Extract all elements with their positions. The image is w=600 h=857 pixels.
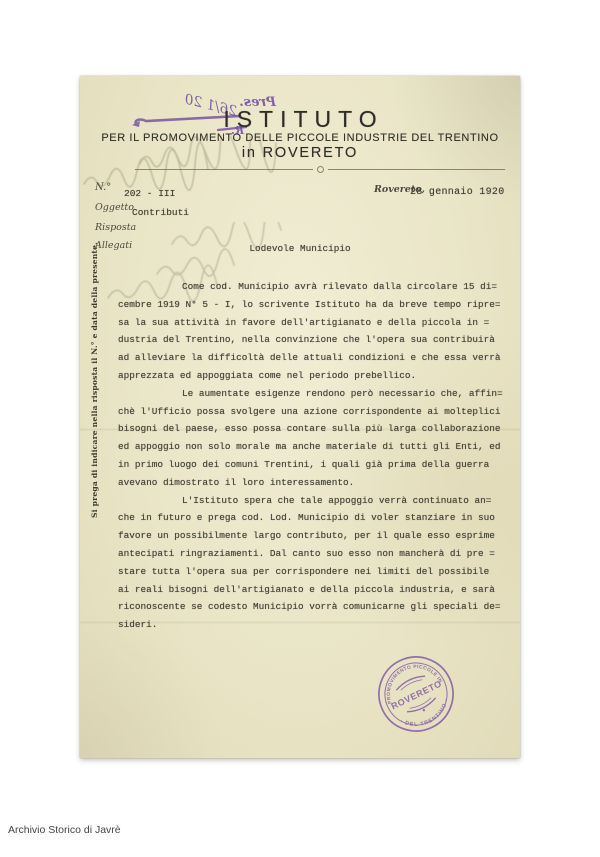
letterhead-title: ISTITUTO (80, 106, 520, 133)
svg-text:ISTITUTO PROMOVIMENTO PICCOLE: ISTITUTO PROMOVIMENTO PICCOLE INDUSTRIE (360, 638, 443, 720)
date-value: 28 gennaio 1920 (410, 187, 505, 198)
divider-circle-ornament (317, 166, 324, 173)
margin-side-note: Si prega di indicare nella risposta il N… (90, 316, 102, 518)
risposta-label: Risposta (95, 222, 136, 233)
round-rubber-seal: ISTITUTO PROMOVIMENTO PICCOLE INDUSTRIE … (360, 638, 472, 750)
letterhead-divider (135, 165, 505, 173)
oggetto-label: Oggetto (95, 202, 134, 213)
letterhead-subtitle: PER IL PROMOVIMENTO DELLE PICCOLE INDUST… (80, 132, 520, 144)
divider-line (135, 169, 313, 170)
paragraph-1: Come cod. Municipio avrà rilevato dalla … (118, 278, 516, 385)
archive-watermark: Archivio Storico di Javrè (8, 824, 121, 836)
letter-body: Come cod. Municipio avrà rilevato dalla … (118, 278, 516, 634)
divider-line (328, 169, 506, 170)
number-value: 202 - III (124, 188, 175, 199)
letterhead-location: in ROVERETO (80, 145, 520, 161)
paragraph-2: Le aumentate esigenze rendono però neces… (118, 385, 516, 492)
letter-page: Pres. 26/1 20 R. ISTITUTO PER IL PROMOVI… (80, 76, 520, 758)
paragraph-3: L'Istituto spera che tale appoggio verrà… (118, 492, 516, 634)
number-label: N.° (95, 182, 111, 193)
oggetto-value: Contributi (132, 207, 189, 218)
seal-arc-top-text: ISTITUTO PROMOVIMENTO PICCOLE INDUSTRIE (360, 638, 443, 720)
salutation: Lodevole Municipio (80, 243, 520, 254)
